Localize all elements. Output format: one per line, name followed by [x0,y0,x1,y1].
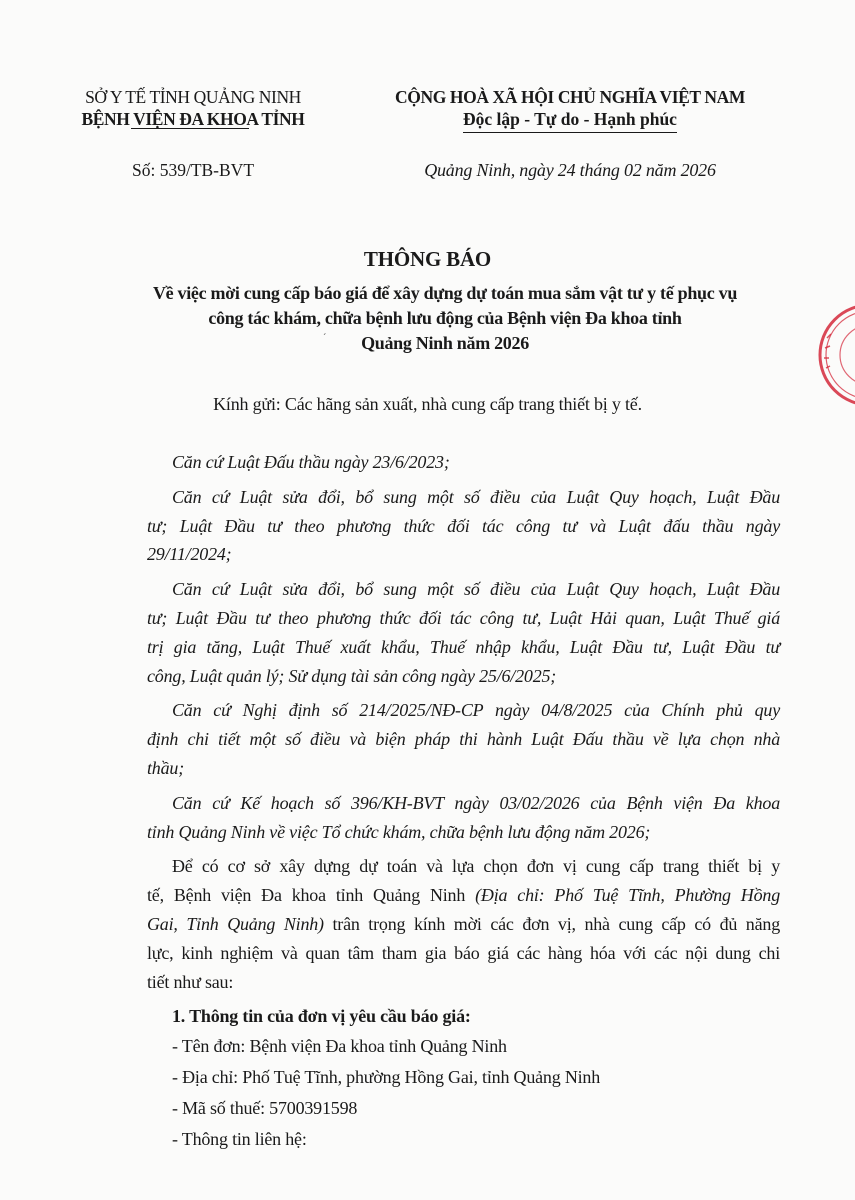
official-seal-icon [815,300,855,410]
subtitle-line: Về việc mời cung cấp báo giá để xây dựng… [100,281,790,306]
legal-basis-line: tỉnh Quảng Ninh về việc Tổ chức khám, ch… [147,818,780,847]
legal-basis-line: tư; Luật Đầu tư theo phương thức đối tác… [147,604,780,633]
legal-basis-line: công, Luật quản lý; Sử dụng tài sản công… [147,662,780,691]
address-note: Gai, Tỉnh Quảng Ninh) [147,914,324,934]
place-date: Quảng Ninh, ngày 24 tháng 02 năm 2026 [355,160,785,181]
info-item-name: - Tên đơn: Bệnh viện Đa khoa tỉnh Quảng … [172,1031,780,1062]
legal-basis-line: 29/11/2024; [147,540,780,569]
legal-basis-line: Căn cứ Nghị định số 214/2025/NĐ-CP ngày … [172,696,780,725]
national-header: CỘNG HOÀ XÃ HỘI CHỦ NGHĨA VIỆT NAM Độc l… [355,86,785,133]
info-item-tax-code: - Mã số thuế: 5700391598 [172,1093,780,1124]
legal-basis: Căn cứ Luật sửa đổi, bổ sung một số điều… [172,483,780,569]
agency-name: SỞ Y TẾ TỈNH QUẢNG NINH [62,86,324,108]
legal-basis-line: Căn cứ Luật sửa đổi, bổ sung một số điều… [172,483,780,512]
legal-basis-line: thầu; [147,754,780,783]
org-underline [131,128,249,129]
address-note: (Địa chỉ: Phố Tuệ Tĩnh, Phường Hồng [475,885,780,905]
document-body: Căn cứ Luật Đấu thầu ngày 23/6/2023; Căn… [172,448,780,1155]
document-title: THÔNG BÁO [0,247,855,272]
legal-basis: Căn cứ Nghị định số 214/2025/NĐ-CP ngày … [172,696,780,782]
national-motto: Độc lập - Tự do - Hạnh phúc [463,108,677,133]
recipient-line: Kính gửi: Các hãng sản xuất, nhà cung cấ… [0,394,855,415]
subtitle-line: Quảng Ninh năm 2026 [100,331,790,356]
issuer-block: SỞ Y TẾ TỈNH QUẢNG NINH BỆNH VIỆN ĐA KHO… [62,86,324,130]
invitation-line: lực, kinh nghiệm và quan tâm tham gia bá… [147,939,780,968]
scan-speck: ˊ [323,333,326,344]
legal-basis-line: định chi tiết một số điều và biện pháp t… [147,725,780,754]
legal-basis-line: Căn cứ Kế hoạch số 396/KH-BVT ngày 03/02… [172,789,780,818]
organization-name: BỆNH VIỆN ĐA KHOA TỈNH [62,108,324,130]
document-number: Số: 539/TB-BVT [62,160,324,181]
legal-basis-line: tư; Luật Đầu tư theo phương thức đối tác… [147,512,780,541]
info-item-contact: - Thông tin liên hệ: [172,1124,780,1155]
legal-basis: Căn cứ Kế hoạch số 396/KH-BVT ngày 03/02… [172,789,780,847]
legal-basis-line: Căn cứ Luật sửa đổi, bổ sung một số điều… [172,575,780,604]
invitation-paragraph: Để có cơ sở xây dựng dự toán và lựa chọn… [172,852,780,996]
legal-basis: Căn cứ Luật sửa đổi, bổ sung một số điều… [172,575,780,690]
subtitle-line: công tác khám, chữa bệnh lưu động của Bệ… [100,306,790,331]
document-page: SỞ Y TẾ TỈNH QUẢNG NINH BỆNH VIỆN ĐA KHO… [0,0,855,1200]
invitation-line: Gai, Tỉnh Quảng Ninh) trân trọng kính mờ… [147,910,780,939]
legal-basis: Căn cứ Luật Đấu thầu ngày 23/6/2023; [172,448,780,477]
info-item-address: - Địa chỉ: Phố Tuệ Tĩnh, phường Hồng Gai… [172,1062,780,1093]
legal-basis-line: Căn cứ Luật Đấu thầu ngày 23/6/2023; [172,448,780,477]
invitation-line: tiết như sau: [147,968,780,997]
invitation-line: tế, Bệnh viện Đa khoa tỉnh Quảng Ninh (Đ… [147,881,780,910]
legal-basis-line: trị gia tăng, Luật Thuế xuất khẩu, Thuế … [147,633,780,662]
invitation-line: Để có cơ sở xây dựng dự toán và lựa chọn… [172,852,780,881]
section-heading: 1. Thông tin của đơn vị yêu cầu báo giá: [172,1002,780,1031]
document-subtitle: Về việc mời cung cấp báo giá để xây dựng… [100,281,790,356]
nation-name: CỘNG HOÀ XÃ HỘI CHỦ NGHĨA VIỆT NAM [355,86,785,108]
